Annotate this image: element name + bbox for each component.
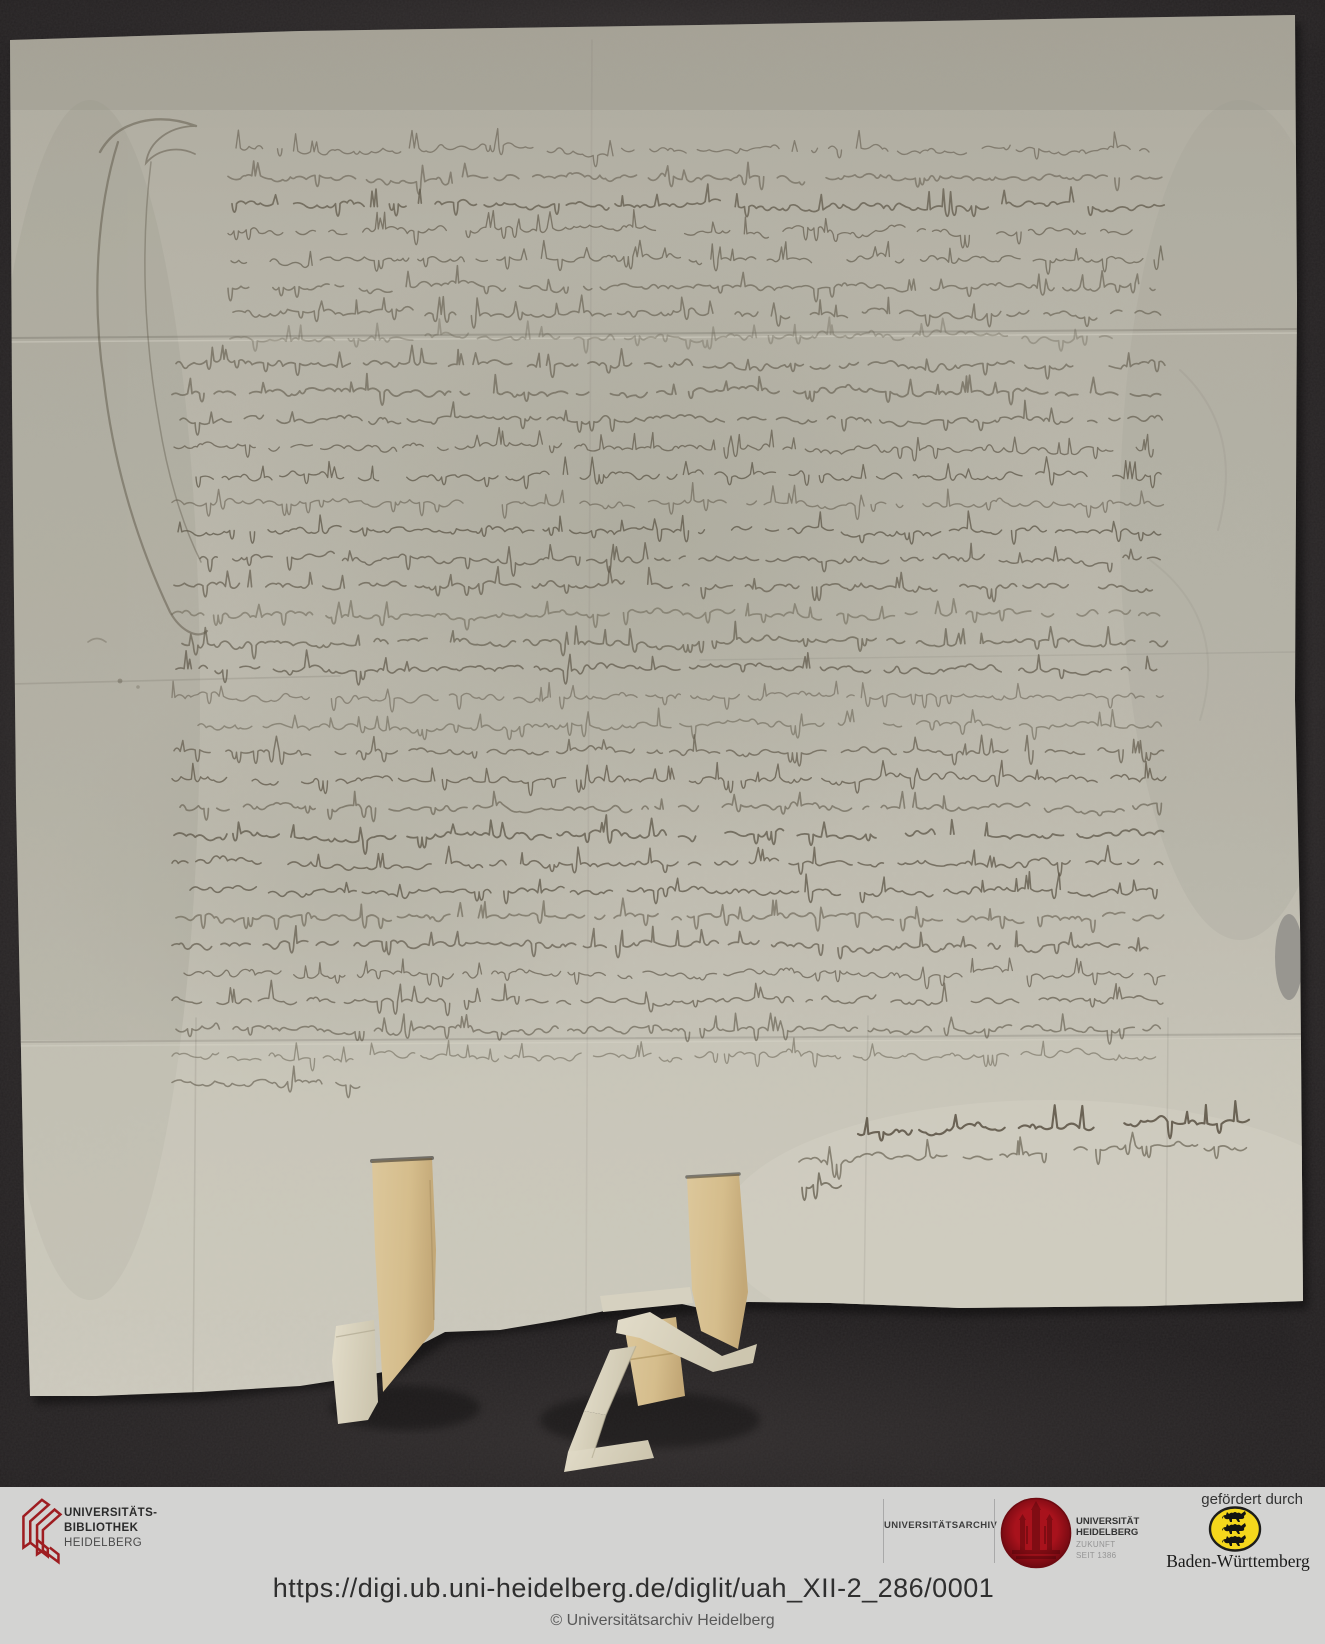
university-seal-icon xyxy=(999,1496,1073,1570)
library-line3: HEIDELBERG xyxy=(64,1536,157,1551)
university-wordmark: UNIVERSITÄT HEIDELBERG ZUKUNFT SEIT 1386 xyxy=(1076,1517,1139,1561)
viewer-footer: UNIVERSITÄTS- BIBLIOTHEK HEIDELBERG UNIV… xyxy=(0,1487,1325,1644)
university-line3: ZUKUNFT xyxy=(1076,1540,1139,1551)
damage-patch xyxy=(1275,914,1303,1000)
parchment xyxy=(0,0,1325,1487)
library-line1: UNIVERSITÄTS- xyxy=(64,1506,157,1521)
charter-scene xyxy=(0,0,1325,1487)
archive-label: UNIVERSITÄTSARCHIV xyxy=(884,1520,992,1531)
digitized-charter-page: UNIVERSITÄTS- BIBLIOTHEK HEIDELBERG UNIV… xyxy=(0,0,1325,1644)
funding-region: Baden-Württemberg xyxy=(1153,1551,1323,1572)
charter-scan-image xyxy=(0,0,1325,1487)
library-logo-text: UNIVERSITÄTS- BIBLIOTHEK HEIDELBERG xyxy=(64,1506,157,1551)
university-library-logo-icon xyxy=(14,1495,64,1567)
ribbon-strip xyxy=(332,1320,378,1424)
university-line4: SEIT 1386 xyxy=(1076,1551,1139,1562)
document-url: https://digi.ub.uni-heidelberg.de/diglit… xyxy=(0,1573,1325,1604)
footer-divider xyxy=(883,1499,884,1563)
library-line2: BIBLIOTHEK xyxy=(64,1521,157,1536)
university-line2: HEIDELBERG xyxy=(1076,1528,1139,1539)
footer-divider xyxy=(994,1499,995,1563)
university-line1: UNIVERSITÄT xyxy=(1076,1517,1139,1528)
copyright-notice: © Universitätsarchiv Heidelberg xyxy=(0,1612,1325,1630)
baden-wuerttemberg-crest-icon xyxy=(1208,1506,1262,1552)
